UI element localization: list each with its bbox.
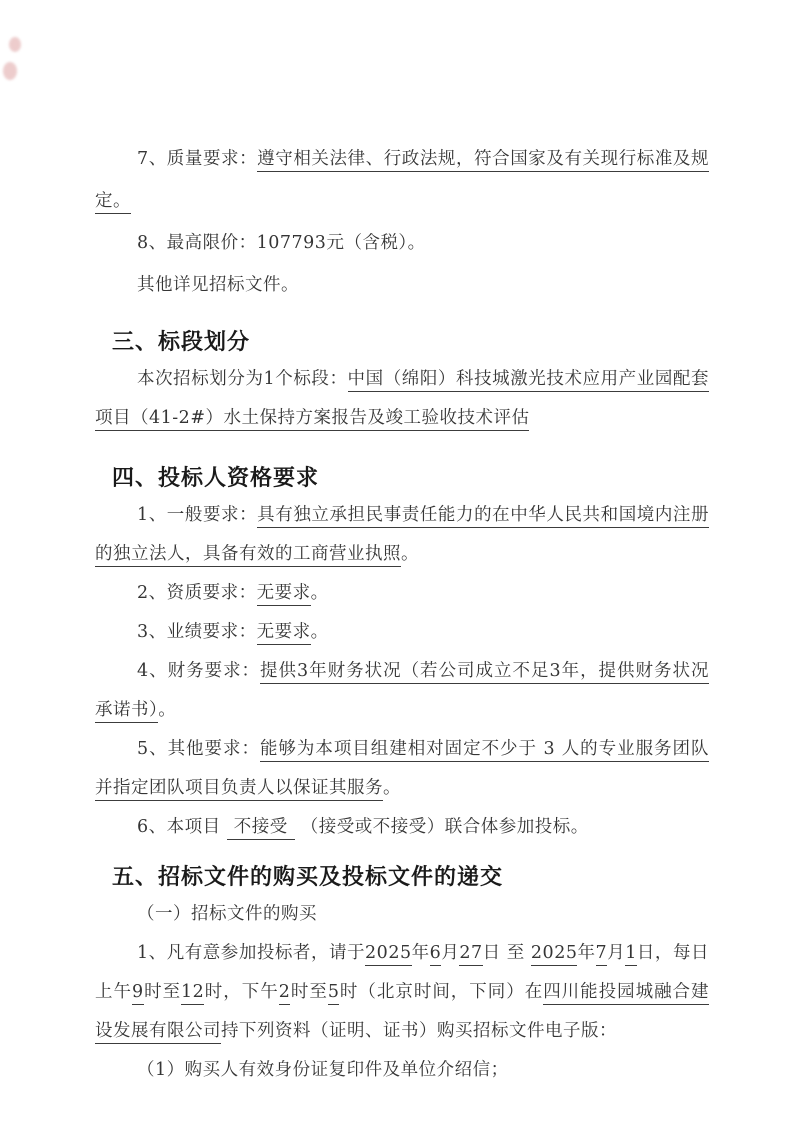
- text-run: 4、财务要求：: [137, 661, 260, 681]
- underlined-text: 7: [596, 943, 608, 966]
- general-requirement-item: 1、一般要求：具有独立承担民事责任能力的在中华人民共和国境内注册的独立法人，具备…: [95, 496, 709, 574]
- text-run: （接受或不接受）联合体参加投标。: [295, 817, 589, 837]
- document-content: 7、质量要求：遵守相关法律、行政法规，符合国家及有关现行标准及规定。 8、最高限…: [95, 138, 709, 1090]
- section-heading-bidder-qualification: 四、投标人资格要求: [112, 462, 709, 494]
- purchase-instructions-paragraph: 1、凡有意参加投标者，请于2025年6月27日 至 2025年7月1日，每日上午…: [95, 934, 709, 1051]
- performance-requirement-item: 3、业绩要求：无要求。: [95, 613, 709, 652]
- section-heading-purchase-and-submission: 五、招标文件的购买及投标文件的递交: [112, 861, 709, 893]
- text-run: 时至: [144, 982, 181, 1002]
- text-run: 2、资质要求：: [137, 583, 257, 603]
- consortium-item: 6、本项目 不接受 （接受或不接受）联合体参加投标。: [95, 808, 709, 847]
- text-run: 时，下午: [204, 982, 278, 1002]
- text-run: 本次招标划分为1个标段：: [137, 369, 348, 389]
- price-limit-item: 8、最高限价：107793元（含税）。: [95, 222, 709, 264]
- text-run: 时至: [290, 982, 327, 1002]
- qualification-requirement-item: 2、资质要求：无要求。: [95, 574, 709, 613]
- underlined-text: 5: [328, 982, 340, 1005]
- text-run: 时（北京时间，下同）在: [339, 982, 543, 1002]
- text-run: 7、质量要求：: [137, 149, 257, 169]
- underlined-text: 2025: [365, 943, 412, 966]
- text-run: 3、业绩要求：: [137, 622, 257, 642]
- quality-requirement-item: 7、质量要求：遵守相关法律、行政法规，符合国家及有关现行标准及规定。: [95, 138, 709, 222]
- text-run: 年: [577, 943, 595, 963]
- text-run: 。: [401, 544, 419, 564]
- text-run: 。: [311, 622, 329, 642]
- underlined-text: 2025: [531, 943, 578, 966]
- underlined-text: 2: [279, 982, 291, 1005]
- text-run: 8、最高限价：107793元（含税）。: [137, 233, 426, 253]
- underlined-text: 1: [625, 943, 637, 966]
- text-run: 。: [383, 778, 401, 798]
- text-run: 年: [412, 943, 430, 963]
- text-run: 日 至: [483, 943, 531, 963]
- see-tender-docs-note: 其他详见招标文件。: [95, 264, 709, 306]
- underlined-text: 6: [430, 943, 442, 966]
- lot-division-paragraph: 本次招标划分为1个标段：中国（绵阳）科技城激光技术应用产业园配套项目（41-2#…: [95, 360, 709, 438]
- scan-speck: [3, 62, 17, 80]
- underlined-text: 9: [132, 982, 144, 1005]
- underlined-text: 12: [181, 982, 204, 1005]
- underlined-text: 无要求: [257, 583, 311, 606]
- text-run: （1）购买人有效身份证复印件及单位介绍信；: [137, 1060, 509, 1080]
- text-run: 月: [441, 943, 459, 963]
- underlined-text: 无要求: [257, 622, 311, 645]
- text-run: 。: [311, 583, 329, 603]
- underlined-text: 27: [459, 943, 482, 966]
- purchase-subheading: （一）招标文件的购买: [95, 895, 709, 934]
- required-document-item: （1）购买人有效身份证复印件及单位介绍信；: [95, 1051, 709, 1090]
- text-run: 1、凡有意参加投标者，请于: [137, 943, 365, 963]
- text-run: 1、一般要求：: [137, 505, 257, 525]
- text-run: 5、其他要求：: [137, 739, 260, 759]
- other-requirement-item: 5、其他要求：能够为本项目组建相对固定不少于 3 人的专业服务团队并指定团队项目…: [95, 730, 709, 808]
- document-page: 7、质量要求：遵守相关法律、行政法规，符合国家及有关现行标准及规定。 8、最高限…: [0, 0, 793, 1121]
- underlined-text: 不接受: [227, 817, 295, 840]
- text-run: 。: [158, 700, 176, 720]
- section-heading-lot-division: 三、标段划分: [112, 326, 709, 358]
- text-run: 月: [607, 943, 625, 963]
- text-run: 其他详见招标文件。: [137, 275, 299, 295]
- financial-requirement-item: 4、财务要求：提供3年财务状况（若公司成立不足3年，提供财务状况承诺书）。: [95, 652, 709, 730]
- text-run: （一）招标文件的购买: [137, 904, 317, 924]
- scan-speck: [9, 37, 21, 52]
- text-run: 6、本项目: [137, 817, 227, 837]
- text-run: 持下列资料（证明、证书）购买招标文件电子版：: [221, 1021, 617, 1041]
